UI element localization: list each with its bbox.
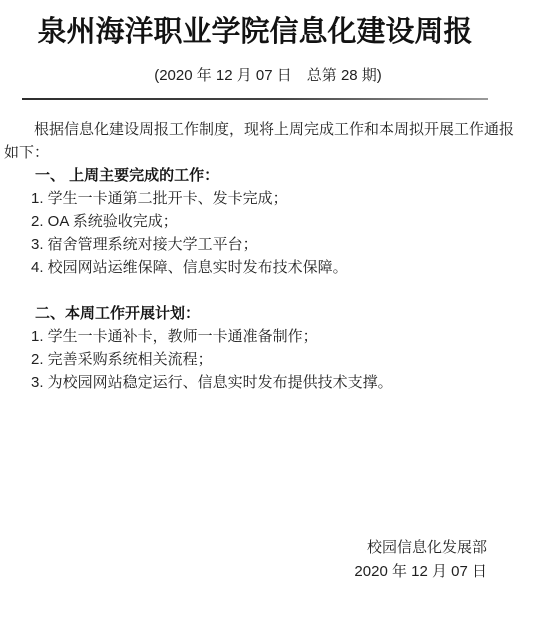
section-1-item-4: 4. 校园网站运维保障、信息实时发布技术保障。 [4,256,550,279]
signature-block: 校园信息化发展部 2020 年 12 月 07 日 [0,536,550,584]
section-2-item-2: 2. 完善采购系统相关流程； [4,348,550,371]
report-subtitle: (2020 年 12 月 07 日 总第 28 期) [35,66,501,86]
intro-paragraph-line-2: 如下： [4,141,550,164]
section-spacer [4,279,550,302]
report-title: 泉州海洋职业学院信息化建设周报 [22,0,488,50]
section-1-item-2: 2. OA 系统验收完成； [4,210,550,233]
section-2-item-1: 1. 学生一卡通补卡，教师一卡通准备制作； [4,325,550,348]
report-header: 泉州海洋职业学院信息化建设周报 (2020 年 12 月 07 日 总第 28 … [22,0,488,100]
section-1-heading: 一、 上周主要完成的工作： [4,164,550,187]
section-1-item-3: 3. 宿舍管理系统对接大学工平台； [4,233,550,256]
report-page: 泉州海洋职业学院信息化建设周报 (2020 年 12 月 07 日 总第 28 … [0,0,550,627]
section-2-item-3: 3. 为校园网站稳定运行、信息实时发布提供技术支撑。 [4,371,550,394]
report-body: 根据信息化建设周报工作制度，现将上周完成工作和本周拟开展工作通报 如下： 一、 … [4,118,550,394]
section-1-item-1: 1. 学生一卡通第二批开卡、发卡完成； [4,187,550,210]
signature-department: 校园信息化发展部 [0,536,487,560]
intro-paragraph-line-1: 根据信息化建设周报工作制度，现将上周完成工作和本周拟开展工作通报 [4,118,550,141]
signature-date: 2020 年 12 月 07 日 [0,560,487,584]
header-divider-line [22,98,488,100]
section-2-heading: 二、本周工作开展计划： [4,302,550,325]
